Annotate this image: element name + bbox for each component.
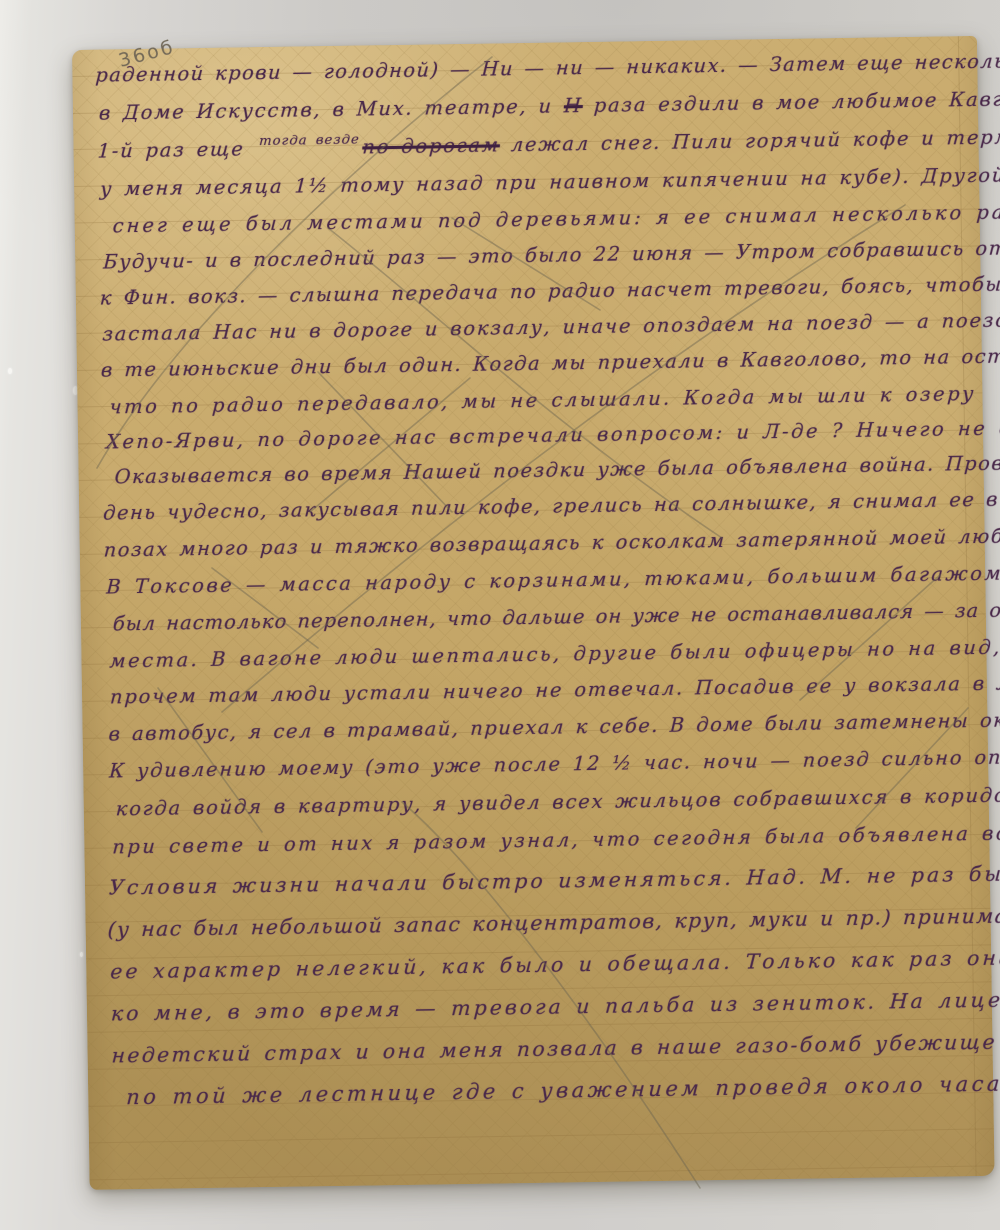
- manuscript-line: снег еще был местами под деревьями: я ее…: [112, 202, 1000, 236]
- dust-speck: [80, 952, 83, 957]
- manuscript-line: Условия жизни начали быстро изменяться. …: [108, 861, 1000, 898]
- manuscript-line: к Фин. вокз. — слышна передача по радио …: [99, 273, 1000, 308]
- manuscript-line: что по радио передавало, мы не слышали. …: [109, 384, 976, 417]
- manuscript-page: 36об раденной крови — голодной) — Ни — н…: [72, 36, 995, 1190]
- manuscript-line: 1-й раз еще тогда вездепо дорогам лежал …: [97, 125, 1000, 161]
- manuscript-line: по той же лестнице где с уважением прове…: [126, 1073, 1000, 1108]
- handwriting-layer: раденной крови — голодной) — Ни — ни — н…: [72, 36, 995, 1190]
- manuscript-line: в Доме Искусств, в Мих. театре, и Н раза…: [98, 88, 1000, 123]
- line-text: 1-й раз еще: [97, 137, 256, 162]
- manuscript-line: в автобус, я сел в трамвай, приехал к се…: [108, 710, 1000, 744]
- manuscript-line: когда войдя в квартиру, я увидел всех жи…: [115, 785, 1000, 819]
- manuscript-line: был настолько переполнен, что дальше он …: [112, 598, 1000, 634]
- struck-out-word: Н: [563, 94, 583, 117]
- dust-speck: [8, 368, 12, 374]
- manuscript-line: недетский страх и она меня позвала в наш…: [111, 1032, 997, 1066]
- manuscript-line: Оказывается во время Нашей поездки уже б…: [114, 452, 1000, 487]
- manuscript-line: (у нас был небольшой запас концентратов,…: [107, 903, 1000, 940]
- line-text: раза ездили в мое любимое Кавголово.: [582, 86, 1000, 117]
- manuscript-line: Хепо-Ярви, по дороге нас встречали вопро…: [106, 417, 1000, 452]
- manuscript-line: ее характер нелегкий, как было и обещала…: [110, 946, 1000, 982]
- manuscript-line: места. В вагоне люди шептались, другие б…: [109, 638, 1000, 671]
- manuscript-line: день чудесно, закусывая пили кофе, грели…: [103, 488, 1000, 523]
- struck-out-word: по дорогам: [362, 133, 501, 158]
- manuscript-line: в те июньские дни был один. Когда мы при…: [100, 345, 1000, 380]
- manuscript-line: Будучи- и в последний раз — это было 22 …: [103, 237, 1000, 272]
- manuscript-line: позах много раз и тяжко возвращаясь к ос…: [103, 526, 1000, 560]
- line-text: в Доме Искусств, в Мих. театре, и: [98, 94, 564, 124]
- manuscript-line: раденной крови — голодной) — Ни — ни — н…: [95, 50, 1000, 86]
- line-text: лежал снег. Пили горячий кофе и термоса …: [499, 123, 1000, 156]
- manuscript-line: К удивлению моему (это уже после 12 ½ ча…: [109, 746, 1000, 781]
- manuscript-line: застала Нас ни в дороге и вокзалу, иначе…: [102, 310, 1000, 344]
- manuscript-line: ко мне, в это время — тревога и пальба и…: [110, 987, 1000, 1024]
- photo-backdrop: 36об раденной крови — голодной) — Ни — н…: [0, 0, 1000, 1230]
- inserted-word: тогда везде: [259, 133, 361, 150]
- manuscript-line: при свете и от них я разом узнал, что се…: [112, 823, 1000, 857]
- manuscript-line: прочем там люди устали ничего не отвечал…: [110, 673, 1000, 707]
- manuscript-line: у меня месяца 1½ тому назад при наивном …: [100, 165, 1000, 199]
- manuscript-line: В Токсове — масса народу с корзинами, тю…: [106, 562, 1000, 597]
